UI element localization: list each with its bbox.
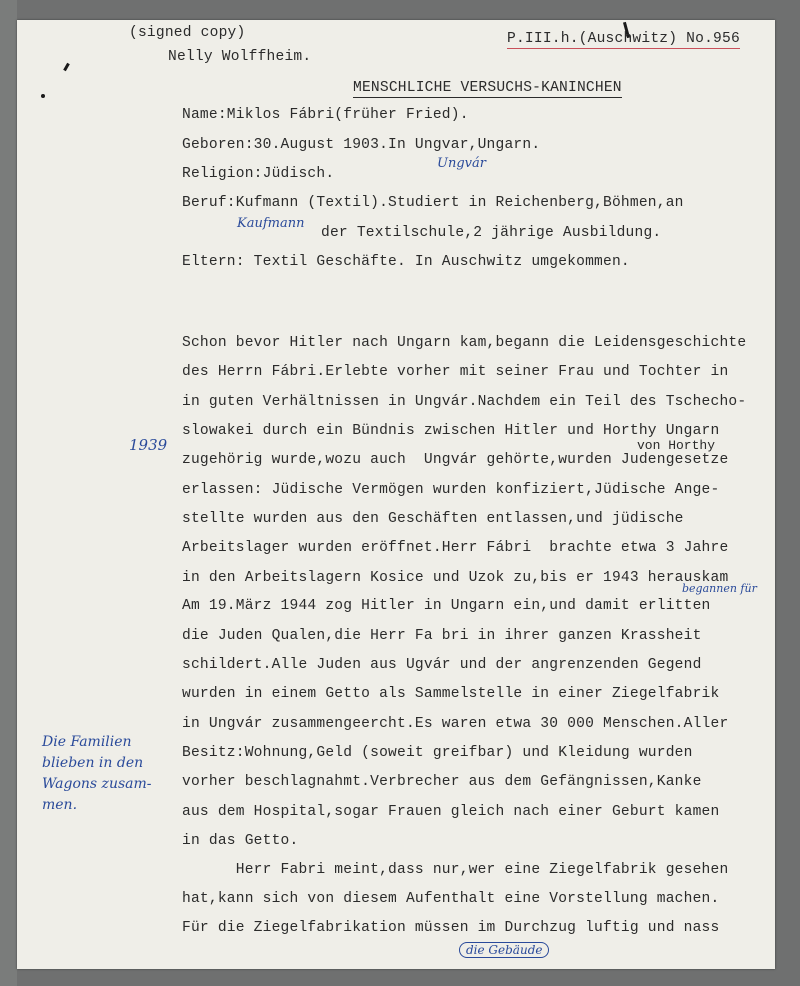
body-line: Für die Ziegelfabrikation müssen im Durc… [182, 920, 719, 936]
reference-number: P.III.h.(Auschwitz) No.956 [507, 31, 740, 49]
copy-note: (signed copy) [129, 25, 245, 41]
document-title: MENSCHLICHE VERSUCHS-KANINCHEN [353, 80, 622, 98]
document-page: (signed copy) Nelly Wolffheim. P.III.h.(… [17, 20, 775, 969]
body-line: Herr Fabri meint,dass nur,wer eine Ziege… [182, 862, 728, 878]
religion-field: Religion:Jüdisch. [182, 166, 334, 182]
body-line: hat,kann sich von diesem Aufenthalt eine… [182, 891, 719, 907]
parents-field: Eltern: Textil Geschäfte. In Auschwitz u… [182, 254, 630, 270]
author-name: Nelly Wolffheim. [168, 49, 311, 65]
punch-mark [41, 94, 45, 98]
punch-mark [63, 63, 70, 71]
handwritten-von-horthy: von Horthy [637, 438, 715, 453]
handwritten-die-gebaude: die Gebäude [459, 942, 549, 958]
background [0, 0, 17, 986]
body-line: in guten Verhältnissen in Ungvár.Nachdem… [182, 394, 746, 410]
handwritten-margin-note: Die Familien blieben in den Wagons zusam… [42, 732, 152, 816]
body-line: Schon bevor Hitler nach Ungarn kam,began… [182, 335, 746, 351]
body-line: schildert.Alle Juden aus Ugvár und der a… [182, 657, 702, 673]
body-line: slowakei durch ein Bündnis zwischen Hitl… [182, 423, 719, 439]
body-line: aus dem Hospital,sogar Frauen gleich nac… [182, 804, 719, 820]
profession-field: Beruf:Kufmann (Textil).Studiert in Reich… [182, 195, 684, 211]
body-line: erlassen: Jüdische Vermögen wurden konfi… [182, 482, 719, 498]
body-line: Am 19.März 1944 zog Hitler in Ungarn ein… [182, 598, 711, 614]
body-line: Arbeitslager wurden eröffnet.Herr Fábri … [182, 540, 728, 556]
handwritten-kaufmann: Kaufmann [237, 216, 304, 231]
body-line: in den Arbeitslagern Kosice und Uzok zu,… [182, 570, 728, 586]
body-line: stellte wurden aus den Geschäften entlas… [182, 511, 684, 527]
body-line: wurden in einem Getto als Sammelstelle i… [182, 686, 719, 702]
body-line: vorher beschlagnahmt.Verbrecher aus dem … [182, 774, 702, 790]
body-line: zugehörig wurde,wozu auch Ungvár gehörte… [182, 452, 728, 468]
body-line: in Ungvár zusammengeercht.Es waren etwa … [182, 716, 728, 732]
body-line: des Herrn Fábri.Erlebte vorher mit seine… [182, 364, 728, 380]
profession-field-cont: der Textilschule,2 jährige Ausbildung. [321, 225, 661, 241]
born-field: Geboren:30.August 1903.In Ungvar,Ungarn. [182, 137, 540, 153]
body-line: in das Getto. [182, 833, 298, 849]
handwritten-ungvar: Ungvár [437, 156, 486, 171]
handwritten-begannen: begannen für [682, 582, 757, 595]
name-field: Name:Miklos Fábri(früher Fried). [182, 107, 469, 123]
body-line: Besitz:Wohnung,Geld (soweit greifbar) un… [182, 745, 693, 761]
body-line: die Juden Qualen,die Herr Fa bri in ihre… [182, 628, 702, 644]
handwritten-year-1939: 1939 [129, 436, 167, 454]
